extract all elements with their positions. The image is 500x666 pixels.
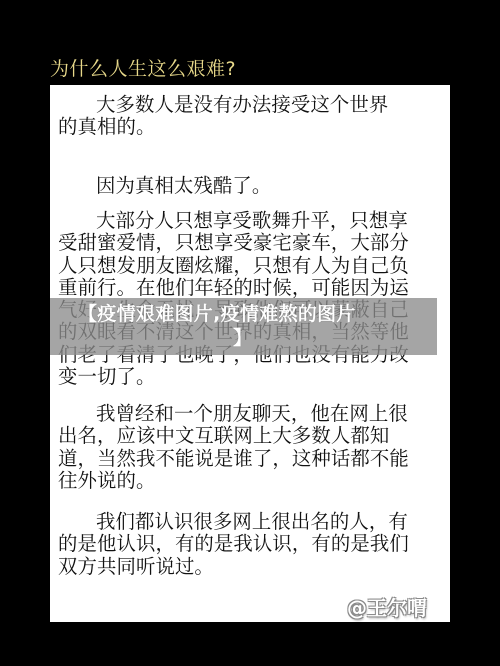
caption-overlay-text: 【疫情艰难图片,疫情难熬的图片 】: [78, 302, 428, 350]
text-line: 重前行。在他们年轻的时候，可能因为运: [58, 277, 443, 299]
paragraph-1: 大多数人是没有办法接受这个世界 的真相的。: [58, 94, 443, 139]
text-line: 的是他认识，有的是我认识，有的是我们: [58, 533, 443, 555]
text-line: 我们都认识很多网上很出名的人，有: [58, 511, 443, 533]
caption-line-1: 【疫情艰难图片,疫情难熬的图片: [78, 302, 428, 326]
text-line: 道，当然我不能说是谁了，这种话都不能: [58, 448, 443, 470]
text-line: 变一切了。: [58, 366, 443, 388]
text-line: 因为真相太残酷了。: [58, 175, 443, 197]
text-line: 双方共同听说过。: [58, 556, 443, 578]
caption-line-2: 】: [78, 326, 428, 350]
paragraph-5: 我们都认识很多网上很出名的人，有 的是他认识，有的是我认识，有的是我们 双方共同…: [58, 511, 443, 578]
text-line: 大多数人是没有办法接受这个世界: [58, 94, 443, 116]
paragraph-4: 我曾经和一个朋友聊天，他在网上很 出名，应该中文互联网上大多数人都知 道，当然我…: [58, 403, 443, 492]
text-line: 我曾经和一个朋友聊天，他在网上很: [58, 403, 443, 425]
paragraph-2: 因为真相太残酷了。: [58, 175, 443, 197]
text-line: 的真相的。: [58, 116, 443, 138]
page-title: 为什么人生这么艰难?: [50, 54, 236, 81]
text-line: 出名，应该中文互联网上大多数人都知: [58, 425, 443, 447]
text-line: 大部分人只想享受歌舞升平，只想享: [58, 210, 443, 232]
text-line: 往外说的。: [58, 470, 443, 492]
author-watermark: @王尔喟: [347, 592, 427, 621]
text-line: 受甜蜜爱情，只想享受豪宅豪车，大部分: [58, 232, 443, 254]
text-line: 人只想发朋友圈炫耀，只想有人为自己负: [58, 255, 443, 277]
